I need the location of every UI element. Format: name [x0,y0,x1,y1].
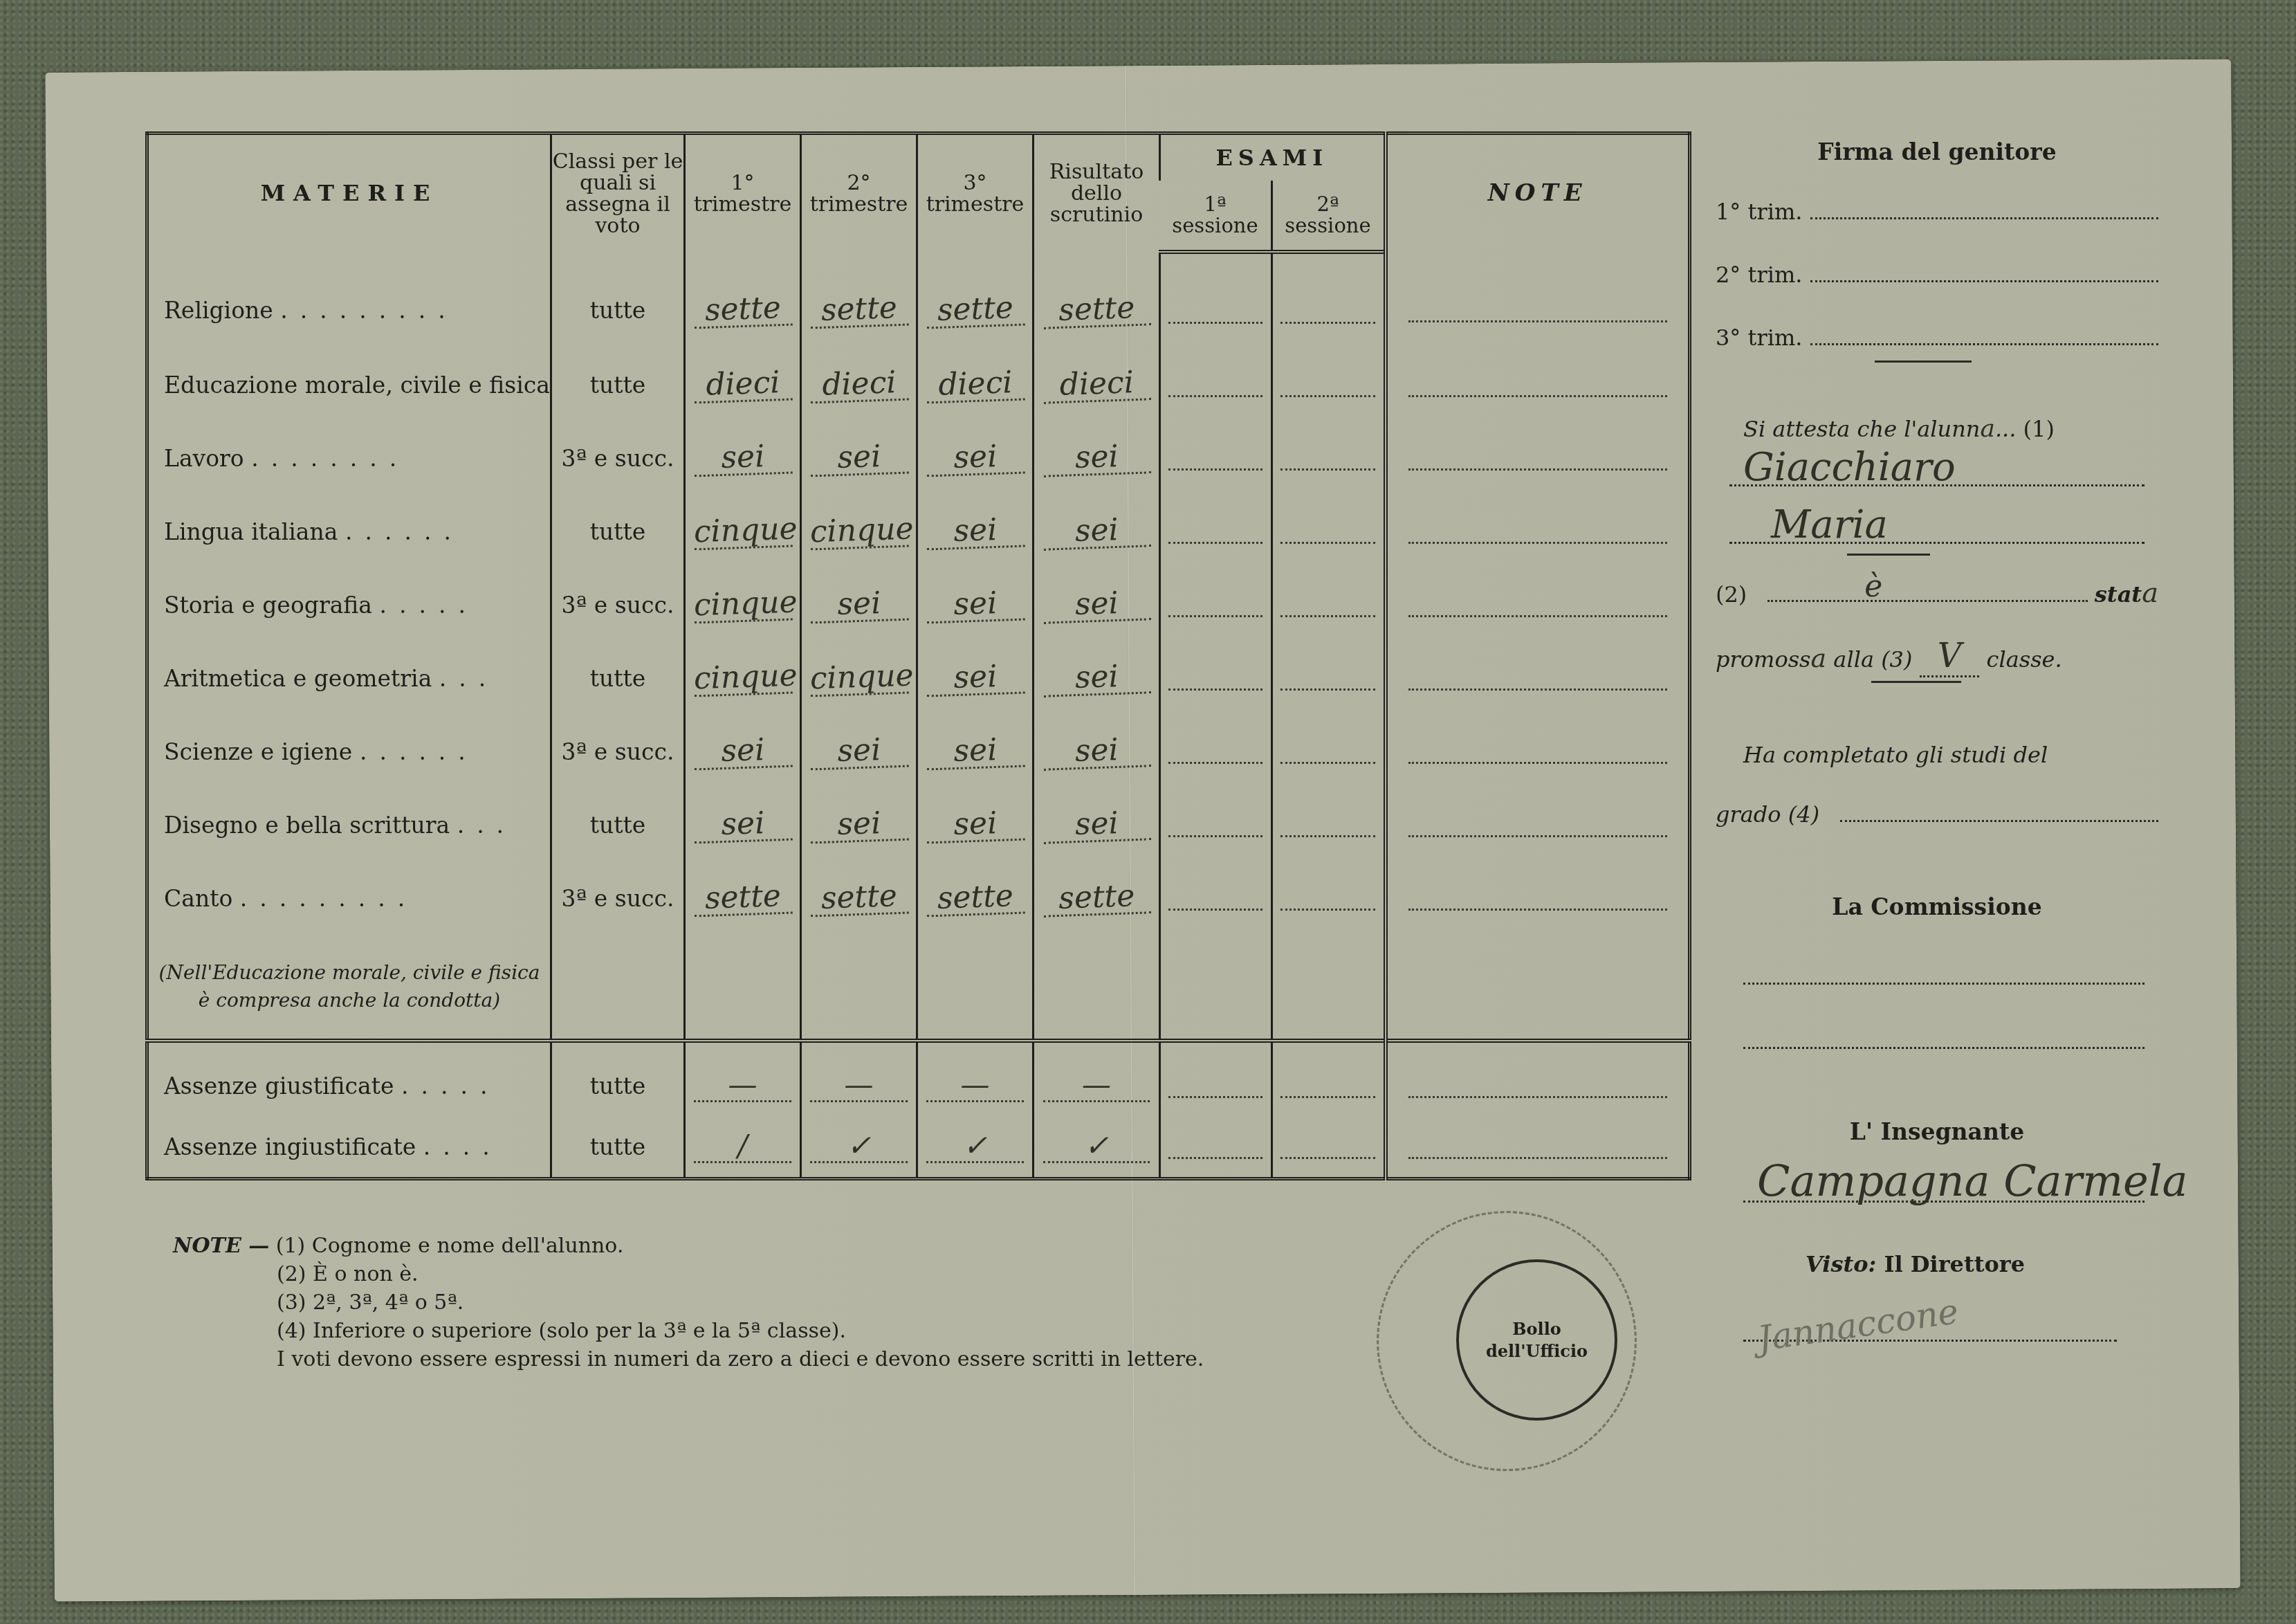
grade-t1: cinque [693,586,793,623]
grade-risultato: sei [1043,513,1150,550]
grade-risultato: dieci [1043,366,1150,403]
header-trim3: 3° trimestre [917,134,1034,253]
absence-t1: — [694,1070,792,1102]
condotta-note-line1: (Nell'Educazione morale, civile e fisica [149,959,550,987]
classi-value: tutte [551,1041,685,1116]
table-row: Religione ......... tutte sette sette se… [147,252,1690,348]
exam-s1-blank [1168,294,1262,324]
absence-risultato: — [1043,1070,1150,1102]
header-sessione2: 2ª sessione [1271,181,1386,252]
note-blank [1408,441,1667,471]
header-risultato: Risultato dello scrutinio [1034,134,1160,253]
grade-risultato: sette [1043,879,1150,917]
exam-s2-blank [1280,587,1376,617]
direttore-signature-line: Jannaccone [1743,1291,2117,1342]
header-esami: ESAMI [1160,134,1386,181]
insegnante-title: L' Insegnante [1716,1118,2158,1145]
grade-t2: sette [809,879,909,917]
subject-label: Educazione morale, civile e fisica [164,372,550,399]
stamp-line2: dell'Ufficio [1486,1340,1588,1362]
grado-line: grado (4) [1716,799,2158,828]
grade-t3: dieci [926,366,1025,403]
classe-handwritten: V [1920,637,1980,677]
condotta-note-line2: è compresa anche la condotta) [149,987,550,1014]
subject-label: Storia e geografia [164,592,372,619]
classe-text: classe. [1986,646,2061,673]
grade-t2: sei [809,733,909,770]
parent-signature-trim2: 2° trim. [1716,259,2158,288]
grade-t3: sette [926,292,1025,329]
grade-risultato: sette [1043,291,1150,329]
promosso-line: promossa alla (3) V classe. [1716,637,2158,675]
grade-t1: dieci [693,366,793,403]
commissione-title: La Commissione [1716,893,2158,920]
classi-value: 3ª e succ. [551,421,685,495]
attesta-line: Si attesta che l'alunna... (1) [1716,414,2158,443]
exam-s2-blank [1280,514,1376,544]
exam-s2-blank [1280,1129,1376,1159]
condotta-note-row: (Nell'Educazione morale, civile e fisica… [147,935,1690,1041]
attesta-text: Si attesta che l'alunn [1743,416,1980,442]
subject-label: Aritmetica e geometria [164,665,432,692]
note-blank [1408,293,1667,322]
absence-t2: ✓ [810,1131,908,1163]
promoss-text: promoss [1716,646,1811,673]
grade-t3: sei [926,659,1025,697]
classi-value: 3ª e succ. [551,568,685,641]
exam-s2-blank [1280,661,1376,691]
table-row: Canto ......... 3ª e succ. sette sette s… [147,861,1690,935]
student-name: Maria [1771,502,1888,547]
grade-t2: sei [809,586,909,623]
trim2-label: 2° trim. [1716,262,1802,288]
table-row: Scienze e igiene ...... 3ª e succ. sei s… [147,715,1690,788]
absence-t2: — [810,1070,908,1102]
exam-s1-blank [1168,734,1262,764]
classi-value: tutte [551,348,685,421]
visto-direttore-line: Visto: Il Direttore [1716,1251,2158,1277]
stat-text: stat [2095,581,2142,608]
promoss-suffix: a [1811,643,1827,673]
e-line: è [1767,576,2088,602]
exam-s1-blank [1168,587,1262,617]
footnotes-label: NOTE — [173,1234,269,1258]
subject-label: Scienze e igiene [164,738,352,765]
classi-value: tutte [551,1116,685,1179]
insegnante-signature-line: Campagna Carmela [1743,1152,2145,1203]
student-surname-line: Giacchiaro [1729,443,2145,486]
table-row: Aritmetica e geometria ... tutte cinque … [147,641,1690,715]
classi-value: tutte [551,252,685,348]
grades-table: MATERIE Classi per le quali si assegna i… [145,131,1691,1180]
exam-s1-blank [1168,514,1262,544]
classi-value: tutte [551,495,685,568]
grade-risultato: sei [1043,659,1150,697]
parent-signature-trim1: 1° trim. [1716,197,2158,225]
grade-t2: sette [809,292,909,329]
grade-risultato: sei [1043,806,1150,843]
exam-s2-blank [1280,441,1376,471]
table-row: Disegno e bella scrittura ... tutte sei … [147,788,1690,861]
table-row: Storia e geografia ..... 3ª e succ. cinq… [147,568,1690,641]
grade-t1: sei [693,733,793,770]
subject-label: Religione [164,297,273,324]
exam-s2-blank [1280,808,1376,837]
header-classi: Classi per le quali si assegna il voto [551,134,685,253]
stato-line: (2) è stata [1716,576,2158,609]
grade-t2: sei [809,439,909,477]
footnote-3: (3) 2ª, 3ª, 4ª o 5ª. [173,1288,1204,1317]
grade-t3: sei [926,806,1025,843]
grade-t1: sei [693,806,793,843]
table-row: Lavoro ........ 3ª e succ. sei sei sei s… [147,421,1690,495]
grade-t3: sette [926,879,1025,917]
commissione-line-1 [1743,941,2145,985]
exam-s2-blank [1280,881,1376,911]
absence-t1: / [694,1131,792,1163]
right-panel: Firma del genitore 1° trim. 2° trim. 3° … [1716,138,2158,1342]
e-handwritten: è [1864,569,1882,604]
exam-s2-blank [1280,734,1376,764]
grade-t3: sei [926,733,1025,770]
exam-s1-blank [1168,1129,1262,1159]
classi-value: tutte [551,641,685,715]
stamp-line1: Bollo [1512,1318,1561,1340]
subject-label: Lingua italiana [164,518,338,545]
attesta-ref: (1) [2023,416,2055,442]
grado-text: grado (4) [1716,801,1819,828]
exam-s1-blank [1168,1068,1262,1098]
classi-value: 3ª e succ. [551,861,685,935]
classi-value: 3ª e succ. [551,715,685,788]
exam-s2-blank [1280,367,1376,397]
footnote-2: (2) È o non è. [173,1260,1204,1288]
note-blank [1408,1129,1667,1159]
exam-s2-blank [1280,1068,1376,1098]
exam-s1-blank [1168,441,1262,471]
direttore-text: Il Direttore [1884,1251,2026,1277]
subject-label: Canto [164,885,232,912]
header-note: NOTE [1386,134,1690,253]
attesta-suffix: a [1980,414,1994,443]
insegnante-signature: Campagna Carmela [1757,1156,2187,1206]
separator-rule [1847,554,1930,556]
grade-t1: sei [693,439,793,477]
footnotes: NOTE — (1) Cognome e nome dell'alunno. (… [173,1232,1204,1374]
header-materie: MATERIE [147,134,551,253]
grade-t3: sei [926,439,1025,477]
note-blank [1408,514,1667,544]
trim3-signature-line [1810,322,2158,345]
note-blank [1408,1068,1667,1098]
trim3-label: 3° trim. [1716,325,1802,351]
exam-s1-blank [1168,808,1262,837]
grade-risultato: sei [1043,733,1150,770]
separator-rule [1871,681,1961,683]
subject-label: Lavoro [164,445,244,472]
note-blank [1408,587,1667,617]
absence-row: Assenze ingiustificate .... tutte / ✓ ✓ … [147,1116,1690,1179]
grado-blank [1840,799,2158,822]
note-blank [1408,881,1667,911]
header-trim1: 1° trimestre [685,134,801,253]
grade-t1: cinque [693,513,793,550]
note-blank [1408,734,1667,764]
grade-t3: sei [926,586,1025,623]
absence-risultato: ✓ [1043,1131,1150,1163]
classi-value: tutte [551,788,685,861]
office-stamp-circle: Bollo dell'Ufficio [1456,1259,1617,1421]
absence-label: Assenze giustificate [164,1073,394,1100]
commissione-line-2 [1743,1005,2145,1049]
grade-t2: dieci [809,366,909,403]
exam-s1-blank [1168,661,1262,691]
parent-signature-trim3: 3° trim. [1716,322,2158,351]
exam-s1-blank [1168,881,1262,911]
grade-t1: cinque [693,659,793,697]
visto-text: Visto: [1806,1251,1876,1277]
ref2: (2) [1716,581,1747,608]
footnote-4: (4) Inferiore o superiore (solo per la 3… [173,1317,1204,1345]
grade-t2: cinque [809,659,909,697]
trim1-signature-line [1810,197,2158,219]
grade-t1: sette [693,879,793,917]
grade-t1: sette [693,292,793,329]
trim2-signature-line [1810,259,2158,282]
alla-text: alla (3) [1833,646,1912,673]
header-sessione1: 1ª sessione [1160,181,1272,252]
grade-risultato: sei [1043,439,1150,477]
header-trim2: 2° trimestre [801,134,917,253]
table-row: Lingua italiana ...... tutte cinque cinq… [147,495,1690,568]
grade-t2: sei [809,806,909,843]
absence-t3: — [926,1070,1025,1102]
grade-risultato: sei [1043,586,1150,623]
footnote-5: I voti devono essere espressi in numeri … [173,1345,1204,1374]
exam-s2-blank [1280,294,1376,324]
subject-label: Disegno e bella scrittura [164,812,450,839]
grade-t3: sei [926,513,1025,550]
completato-text: Ha completato gli studi del [1716,742,2158,768]
student-surname: Giacchiaro [1743,445,1956,490]
firma-genitore-title: Firma del genitore [1716,138,2158,165]
trim1-label: 1° trim. [1716,199,1802,225]
absence-label: Assenze ingiustificate [164,1133,416,1160]
exam-s1-blank [1168,367,1262,397]
stat-suffix: a [2142,577,2158,609]
note-blank [1408,808,1667,837]
separator-rule [1875,361,1972,363]
note-blank [1408,661,1667,691]
absence-t3: ✓ [926,1131,1025,1163]
student-name-line: Maria [1729,500,2145,544]
note-blank [1408,367,1667,397]
absence-row: Assenze giustificate ..... tutte — — — — [147,1041,1690,1116]
table-row: Educazione morale, civile e fisica tutte… [147,348,1690,421]
grade-t2: cinque [809,513,909,550]
footnote-1: (1) Cognome e nome dell'alunno. [276,1234,624,1258]
